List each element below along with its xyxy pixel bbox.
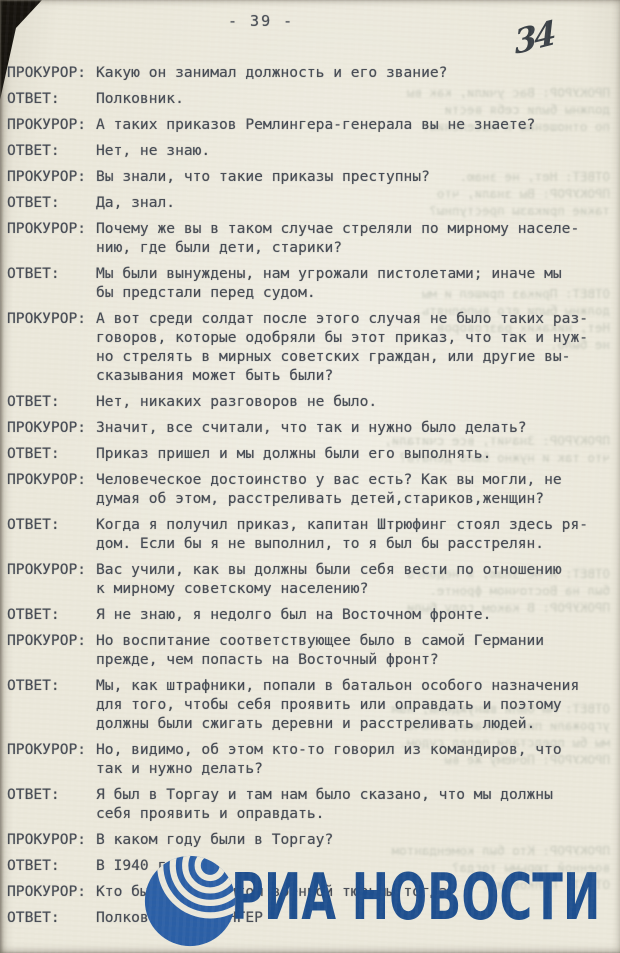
dialogue-row: ПРОКУРОР:Вы знали, что такие приказы пре… [7,167,614,186]
dialogue-row: ОТВЕТ:Да, знал. [7,193,614,212]
dialogue-row: ОТВЕТ:В I940 году. [7,856,614,875]
dialogue-row: ОТВЕТ:Мы, как штрафники, попали в баталь… [7,676,614,733]
dialogue-row: ПРОКУРОР:Какую он занимал должность и ег… [7,63,614,82]
speaker-label: ПРОКУРОР: [7,418,96,437]
speaker-label: ОТВЕТ: [7,392,96,411]
utterance-text: Вы знали, что такие приказы преступны? [96,167,614,186]
utterance-text: Какую он занимал должность и его звание? [96,63,614,82]
utterance-text: Вас учили, как вы должны были себя вести… [96,560,614,598]
speaker-label: ПРОКУРОР: [7,219,96,257]
utterance-text: Приказ пришел и мы должны были его выпол… [96,444,614,463]
utterance-text: Но, видимо, об этом кто-то говорил из ко… [96,740,614,778]
utterance-text: Полковник РЕМЛИНГЕР [96,908,614,927]
dialogue-row: ПРОКУРОР:В каком году были в Торгау? [7,830,614,849]
dialogue-row: ОТВЕТ:Мы были вынуждены, нам угрожали пи… [7,264,614,302]
speaker-label: ПРОКУРОР: [7,560,96,598]
speaker-label: ОТВЕТ: [7,908,96,927]
utterance-text: Нет, никаких разговоров не было. [96,392,614,411]
speaker-label: ПРОКУРОР: [7,470,96,508]
speaker-label: ОТВЕТ: [7,89,96,108]
dialogue-row: ОТВЕТ:Полковник РЕМЛИНГЕР [7,908,614,927]
speaker-label: ОТВЕТ: [7,193,96,212]
dialogue-row: ПРОКУРОР:Но, видимо, об этом кто-то гово… [7,740,614,778]
utterance-text: Почему же вы в таком случае стреляли по … [96,219,614,257]
dialogue-row: ОТВЕТ:Полковник. [7,89,614,108]
utterance-text: Значит, все считали, что так и нужно был… [96,418,614,437]
dialogue-row: ОТВЕТ:Я не знаю, я недолго был на Восточ… [7,605,614,624]
dialogue-row: ПРОКУРОР:Кто был комендантом военной тюр… [7,882,614,901]
speaker-label: ПРОКУРОР: [7,740,96,778]
utterance-text: Я был в Торгау и там нам было сказано, ч… [96,785,614,823]
utterance-text: Кто был комендантом военной тюрьмы тогда… [96,882,614,901]
speaker-label: ПРОКУРОР: [7,167,96,186]
speaker-label: ПРОКУРОР: [7,309,96,385]
utterance-text: Полковник. [96,89,614,108]
speaker-label: ОТВЕТ: [7,444,96,463]
speaker-label: ОТВЕТ: [7,515,96,553]
speaker-label: ПРОКУРОР: [7,882,96,901]
interrogation-transcript: ПРОКУРОР:Какую он занимал должность и ег… [7,63,614,934]
speaker-label: ОТВЕТ: [7,605,96,624]
speaker-label: ОТВЕТ: [7,676,96,733]
handwritten-page-mark: 34 [513,13,555,62]
dialogue-row: ПРОКУРОР:Почему же вы в таком случае стр… [7,219,614,257]
utterance-text: А вот среди солдат после этого случая не… [96,309,614,385]
dialogue-row: ПРОКУРОР:Значит, все считали, что так и … [7,418,614,437]
utterance-text: Но воспитание соответствующее было в сам… [96,631,614,669]
utterance-text: В I940 году. [96,856,614,875]
utterance-text: Я не знаю, я недолго был на Восточном фр… [96,605,614,624]
utterance-text: А таких приказов Ремлингера-генерала вы … [96,115,614,134]
dialogue-row: ПРОКУРОР:Вас учили, как вы должны были с… [7,560,614,598]
speaker-label: ПРОКУРОР: [7,115,96,134]
dialogue-row: ОТВЕТ:Нет, никаких разговоров не было. [7,392,614,411]
speaker-label: ОТВЕТ: [7,141,96,160]
dialogue-row: ОТВЕТ:Я был в Торгау и там нам было сказ… [7,785,614,823]
dialogue-row: ОТВЕТ:Нет, не знаю. [7,141,614,160]
dialogue-row: ПРОКУРОР:А таких приказов Ремлингера-ген… [7,115,614,134]
utterance-text: Нет, не знаю. [96,141,614,160]
page-number: - 39 - [228,12,294,30]
speaker-label: ПРОКУРОР: [7,830,96,849]
dialogue-row: ПРОКУРОР:Человеческое достоинство у вас … [7,470,614,508]
dialogue-row: ОТВЕТ:Когда я получил приказ, капитан Шт… [7,515,614,553]
utterance-text: В каком году были в Торгау? [96,830,614,849]
dialogue-row: ОТВЕТ:Приказ пришел и мы должны были его… [7,444,614,463]
utterance-text: Мы были вынуждены, нам угрожали пистолет… [96,264,614,302]
utterance-text: Мы, как штрафники, попали в батальон осо… [96,676,614,733]
utterance-text: Да, знал. [96,193,614,212]
speaker-label: ПРОКУРОР: [7,631,96,669]
dialogue-row: ПРОКУРОР:Но воспитание соответствующее б… [7,631,614,669]
utterance-text: Человеческое достоинство у вас есть? Как… [96,470,614,508]
speaker-label: ОТВЕТ: [7,264,96,302]
speaker-label: ОТВЕТ: [7,785,96,823]
scanned-document-page: - 39 - 34 ПРОКУРОР: Вас учили, как вы до… [0,0,620,953]
dialogue-row: ПРОКУРОР:А вот среди солдат после этого … [7,309,614,385]
speaker-label: ПРОКУРОР: [7,63,96,82]
utterance-text: Когда я получил приказ, капитан Штрюфинг… [96,515,614,553]
speaker-label: ОТВЕТ: [7,856,96,875]
